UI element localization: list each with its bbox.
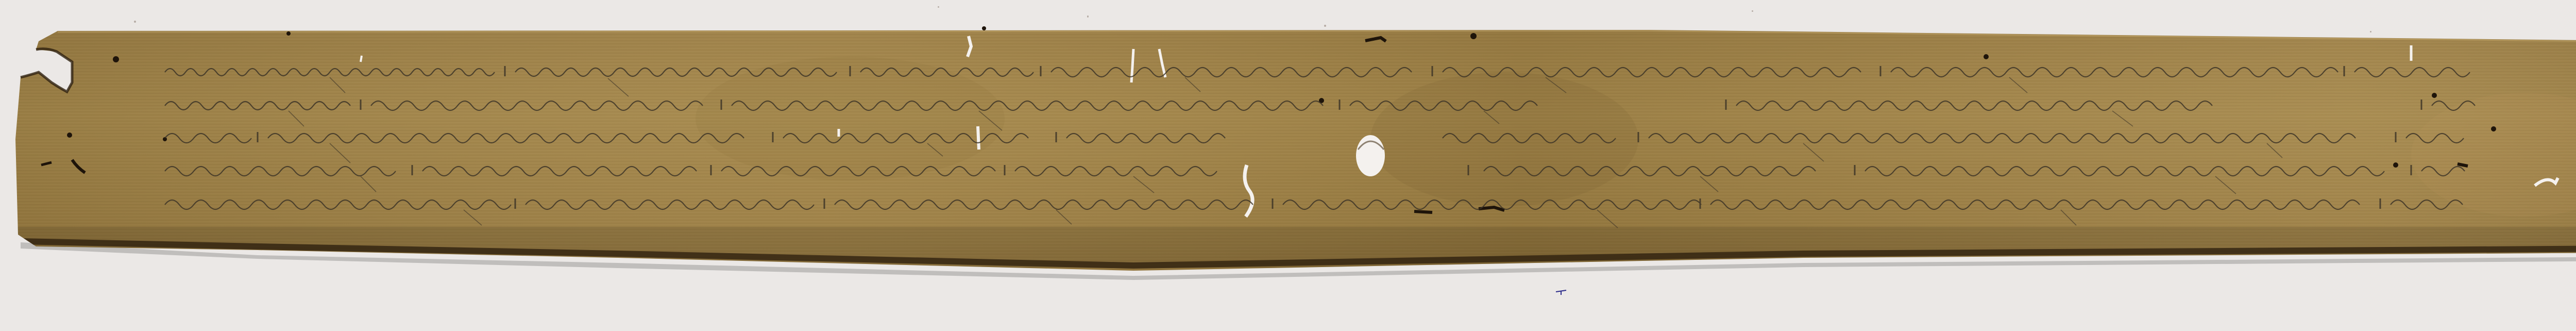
palm-leaf xyxy=(0,0,2576,331)
manuscript-photo xyxy=(0,0,2576,331)
pen-mark xyxy=(1556,290,1566,295)
